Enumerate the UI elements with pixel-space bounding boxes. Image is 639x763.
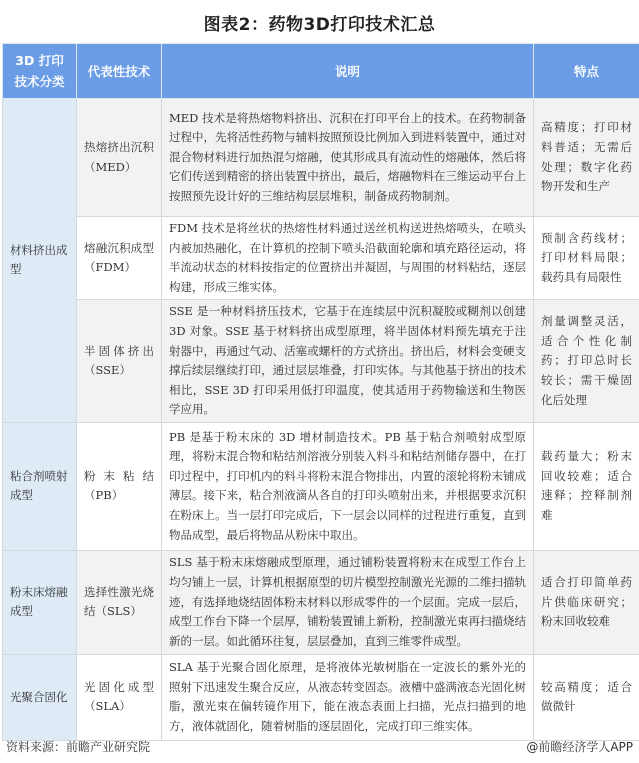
table-row: 半固体挤出（SSE） SSE 是一种材料挤压技术，它基于在连续层中沉积凝胶或糊剂… <box>3 300 639 423</box>
description-cell: SLS 基于粉末床熔融成型原理，通过铺粉装置将粉末在成型工作台上均匀铺上一层，计… <box>162 550 534 654</box>
features-cell: 载药量大；粉末回收较难；适合速释；控释制剂难 <box>534 422 639 550</box>
table-row: 熔融沉积成型（FDM） FDM 技术是将丝状的热熔性材料通过送丝机构送进热熔喷头… <box>3 217 639 300</box>
features-cell: 适合打印简单药片供临床研究；粉末回收较难 <box>534 550 639 654</box>
tech-cell: 粉末粘结（PB） <box>77 422 162 550</box>
features-cell: 剂量调整灵活，适合个性化制药；打印总时长较长；需干燥固化后处理 <box>534 300 639 423</box>
table-row: 光聚合固化 光固化成型（SLA） SLA 基于光聚合固化原理，是将液体光敏树脂在… <box>3 654 639 740</box>
table-header-row: 3D 打印技术分类 代表性技术 说明 特点 <box>3 44 639 99</box>
category-cell: 粘合剂喷射成型 <box>3 422 77 550</box>
footer: 资料来源：前瞻产业研究院 @前瞻经济学人APP <box>6 738 633 755</box>
header-category: 3D 打印技术分类 <box>3 44 77 99</box>
technology-summary-table: 3D 打印技术分类 代表性技术 说明 特点 材料挤出成型 热熔挤出沉积（MED）… <box>2 43 639 741</box>
description-cell: PB 是基于粉末床的 3D 增材制造技术。PB 基于粘合剂喷射成型原理，将粉末混… <box>162 422 534 550</box>
table-row: 粉末床熔融成型 选择性激光烧结（SLS） SLS 基于粉末床熔融成型原理，通过铺… <box>3 550 639 654</box>
header-description: 说明 <box>162 44 534 99</box>
tech-cell: 热熔挤出沉积（MED） <box>77 99 162 217</box>
table-row: 材料挤出成型 热熔挤出沉积（MED） MED 技术是将热熔物料挤出、沉积在打印平… <box>3 99 639 217</box>
category-cell: 光聚合固化 <box>3 654 77 740</box>
description-cell: SLA 基于光聚合固化原理，是将液体光敏树脂在一定波长的紫外光的照射下迅速发生聚… <box>162 654 534 740</box>
tech-cell: 半固体挤出（SSE） <box>77 300 162 423</box>
page-title: 图表2：药物3D打印技术汇总 <box>0 10 639 35</box>
source-note: 资料来源：前瞻产业研究院 <box>6 740 150 754</box>
header-tech: 代表性技术 <box>77 44 162 99</box>
description-cell: SSE 是一种材料挤压技术，它基于在连续层中沉积凝胶或糊剂以创建 3D 对象。S… <box>162 300 534 423</box>
tech-cell: 光固化成型（SLA） <box>77 654 162 740</box>
features-cell: 高精度；打印材料普适；无需后处理；数字化药物开发和生产 <box>534 99 639 217</box>
description-cell: MED 技术是将热熔物料挤出、沉积在打印平台上的技术。在药物制备过程中，先将活性… <box>162 99 534 217</box>
header-features: 特点 <box>534 44 639 99</box>
features-cell: 预制含药线材；打印材料局限；载药具有局限性 <box>534 217 639 300</box>
features-cell: 较高精度；适合做微针 <box>534 654 639 740</box>
category-cell: 粉末床熔融成型 <box>3 550 77 654</box>
credit-note: @前瞻经济学人APP <box>526 738 633 755</box>
tech-cell: 熔融沉积成型（FDM） <box>77 217 162 300</box>
table-row: 粘合剂喷射成型 粉末粘结（PB） PB 是基于粉末床的 3D 增材制造技术。PB… <box>3 422 639 550</box>
tech-cell: 选择性激光烧结（SLS） <box>77 550 162 654</box>
description-cell: FDM 技术是将丝状的热熔性材料通过送丝机构送进热熔喷头，在喷头内被加热融化，在… <box>162 217 534 300</box>
category-cell: 材料挤出成型 <box>3 99 77 423</box>
